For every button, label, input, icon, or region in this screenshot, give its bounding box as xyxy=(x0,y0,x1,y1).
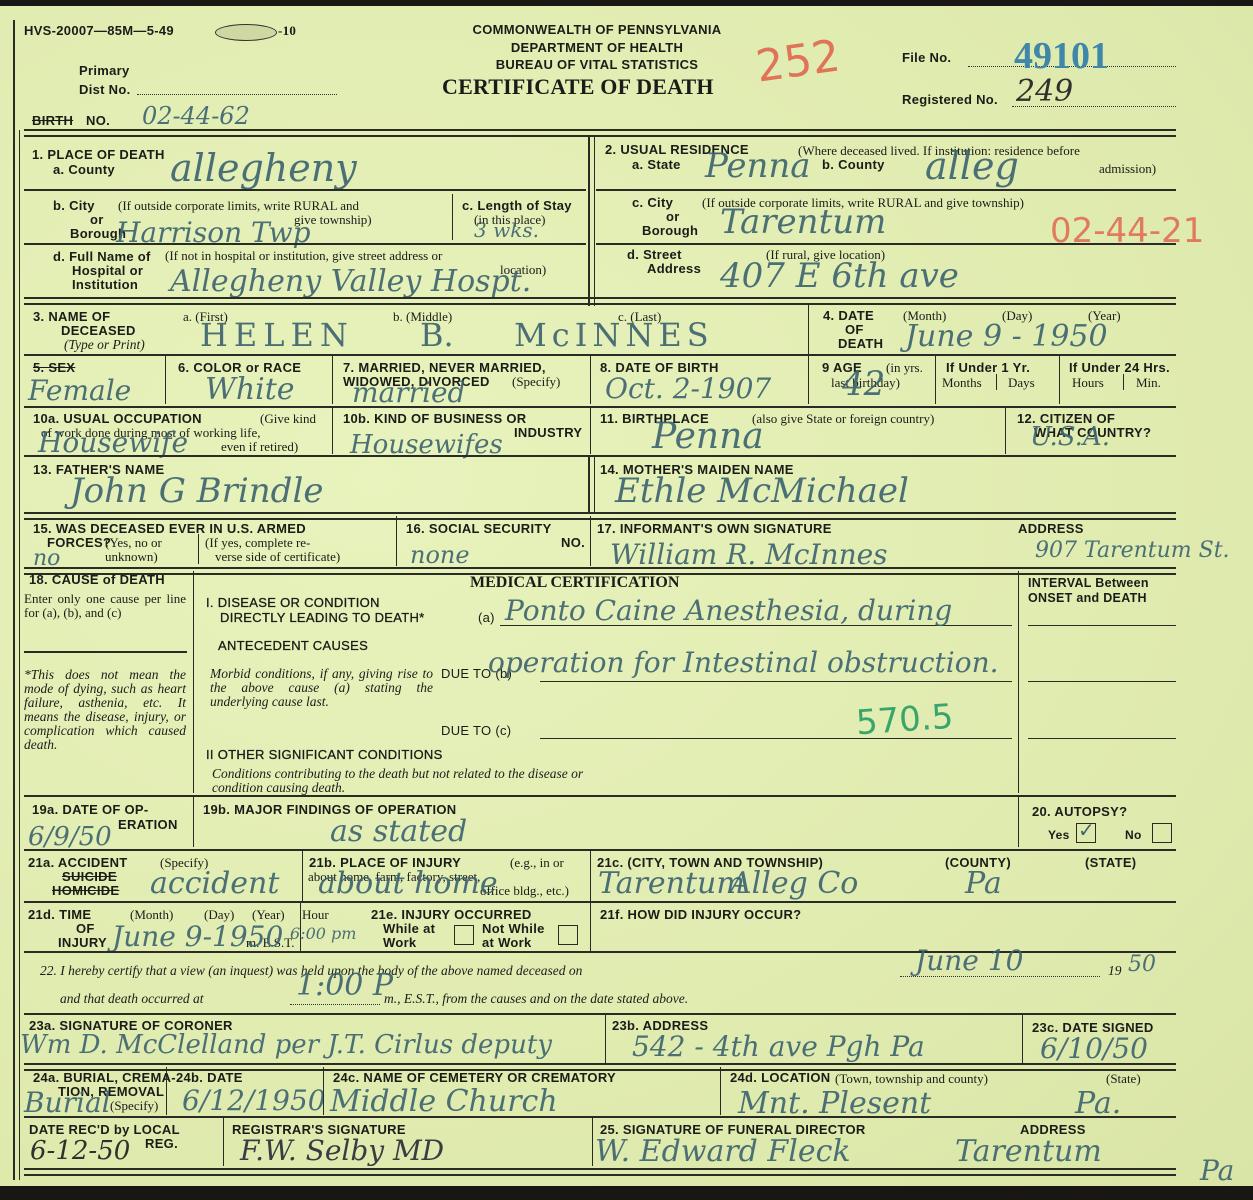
time-hour-label: Hour xyxy=(302,908,329,922)
medical-certification-title: MEDICAL CERTIFICATION xyxy=(470,574,679,592)
disease-label: I. DISEASE OR CONDITION xyxy=(206,596,380,610)
header-divider xyxy=(24,129,1176,137)
column-divider xyxy=(1022,1015,1023,1065)
column-divider xyxy=(223,1118,224,1166)
date-received-label: REG. xyxy=(145,1137,178,1151)
county-label: a. County xyxy=(53,163,115,177)
agency-line-2: DEPARTMENT OF HEALTH xyxy=(444,41,750,55)
death-time-field xyxy=(290,1004,380,1005)
race-value: White xyxy=(205,372,295,407)
column-divider xyxy=(590,356,591,404)
column-divider xyxy=(166,1067,167,1115)
column-divider xyxy=(592,1118,593,1166)
city-note: (If outside corporate limits, write RURA… xyxy=(118,199,359,213)
red-mark: 252 xyxy=(753,30,843,92)
armed-note: verse side of certificate) xyxy=(215,550,340,564)
business-label: 10b. KIND OF BUSINESS OR xyxy=(343,412,526,426)
min-label: Min. xyxy=(1136,376,1161,390)
line-c-label: DUE TO (c) xyxy=(441,724,511,738)
informant-label: 17. INFORMANT'S OWN SIGNATURE xyxy=(597,522,832,536)
rule xyxy=(24,455,1176,457)
column-divider xyxy=(996,374,997,390)
cemetery-value: Middle Church xyxy=(330,1084,558,1119)
injury-city-value: Tarentum xyxy=(598,866,745,901)
hospital-label: Hospital or xyxy=(72,264,143,278)
ssn-value: none xyxy=(410,541,470,569)
line-a-value: Ponto Caine Anesthesia, during xyxy=(505,594,952,627)
marital-specify: (Specify) xyxy=(512,375,560,389)
inquest-year-prefix: 19 xyxy=(1108,964,1122,978)
rule xyxy=(596,189,1176,191)
op-date-label: ERATION xyxy=(118,818,178,832)
autopsy-yes-checkbox[interactable]: ✓ xyxy=(1076,823,1096,843)
sex-label: 5. SEX xyxy=(33,361,75,375)
document-title: CERTIFICATE OF DEATH xyxy=(442,74,714,100)
city-label: b. City xyxy=(53,199,95,213)
disposition-specify: (Specify) xyxy=(110,1099,158,1113)
column-divider xyxy=(808,304,809,354)
death-time-value: 1:00 P xyxy=(296,968,393,1003)
occupation-note: even if retired) xyxy=(221,440,298,454)
column-divider xyxy=(193,571,194,793)
street-label: Address xyxy=(647,262,701,276)
location-state-label: (State) xyxy=(1106,1072,1141,1086)
location-label: 24d. LOCATION xyxy=(730,1071,830,1085)
column-divider xyxy=(1018,571,1019,793)
dod-label: DEATH xyxy=(838,337,883,351)
cause-code: 570.5 xyxy=(855,697,955,744)
time-of-injury-label: INJURY xyxy=(58,936,107,950)
burial-date-value: 6/12/1950 xyxy=(182,1084,326,1117)
informant-address-label: ADDRESS xyxy=(1018,522,1084,536)
sex-value: Female xyxy=(28,374,131,407)
birthplace-note: (also give State or foreign country) xyxy=(752,412,934,426)
antecedent-label: ANTECEDENT CAUSES xyxy=(218,639,368,653)
divider xyxy=(24,512,1176,520)
disease-label: DIRECTLY LEADING TO DEATH* xyxy=(220,611,425,625)
date-signed-value: 6/10/50 xyxy=(1040,1032,1148,1065)
residence-note: admission) xyxy=(1099,162,1156,176)
op-date-label: 19a. DATE OF OP- xyxy=(32,803,149,817)
hours-label: Hours xyxy=(1072,376,1104,390)
hospital-note: (If not in hospital or institution, give… xyxy=(165,249,442,263)
inquest-line-2-suffix: m., E.S.T., from the causes and on the d… xyxy=(384,992,688,1006)
cemetery-label: 24c. NAME OF CEMETERY OR CREMATORY xyxy=(333,1071,616,1085)
funeral-address-value: Tarentum xyxy=(955,1134,1102,1169)
birth-label-struck: BIRTH xyxy=(32,114,73,128)
column-divider xyxy=(198,534,199,564)
suicide-label: SUICIDE xyxy=(62,870,117,884)
column-divider xyxy=(1018,797,1019,847)
registered-no-label: Registered No. xyxy=(902,93,998,107)
margin-rule xyxy=(19,130,20,1180)
inquest-date-value: June 10 xyxy=(915,944,1023,977)
interval-a-field xyxy=(1028,625,1176,626)
morbid-note: Morbid conditions, if any, giving rise t… xyxy=(210,667,433,709)
armed-note: (If yes, complete re- xyxy=(205,536,310,550)
column-divider xyxy=(1123,374,1124,390)
injury-state-label: (STATE) xyxy=(1085,856,1136,870)
union-label-icon xyxy=(215,24,277,41)
column-divider xyxy=(808,356,809,404)
autopsy-no-label: No xyxy=(1125,828,1142,842)
interval-label: ONSET and DEATH xyxy=(1028,591,1147,605)
stay-value: 3 wks. xyxy=(474,218,539,242)
homicide-label: HOMICIDE xyxy=(52,884,119,898)
autopsy-no-checkbox[interactable] xyxy=(1152,823,1172,843)
place-of-injury-value: about home xyxy=(318,866,498,901)
date-received-label: DATE REC'D by LOCAL xyxy=(29,1123,180,1137)
hospital-value: Allegheny Valley Hospt. xyxy=(170,264,531,299)
place-of-death-heading: 1. PLACE OF DEATH xyxy=(32,148,165,162)
location-note: (Town, township and county) xyxy=(835,1072,988,1086)
middle-name-value: B. xyxy=(420,316,454,354)
rule xyxy=(24,243,586,245)
column-divider xyxy=(594,457,595,512)
checkmark-icon: ✓ xyxy=(1078,818,1095,842)
funeral-director-signature: W. Edward Fleck xyxy=(595,1134,851,1169)
residence-county-label: b. County xyxy=(822,158,885,172)
father-value: John G Brindle xyxy=(70,471,323,511)
disposition-value: Burial xyxy=(24,1086,111,1119)
interval-b-field xyxy=(1028,681,1176,682)
column-divider xyxy=(720,1067,721,1115)
age-label: (in yrs. xyxy=(886,361,923,375)
cause-instructions: Enter only one cause per line for (a), (… xyxy=(24,592,186,620)
registered-no-value: 249 xyxy=(1016,74,1073,109)
burial-date-label: 24b. DATE xyxy=(176,1071,243,1085)
column-divider xyxy=(323,1067,324,1115)
rule xyxy=(24,1116,1176,1118)
form-code: HVS-20007—85M—5-49 xyxy=(24,24,174,38)
stay-label: c. Length of Stay xyxy=(462,199,572,213)
rule xyxy=(24,795,1176,797)
rule xyxy=(24,849,1176,851)
last-name-value: McINNES xyxy=(514,316,714,354)
city-or: or xyxy=(90,213,104,227)
citizen-value: U.S.A. xyxy=(1030,422,1110,452)
birth-no-value: 02-44-62 xyxy=(142,102,250,130)
name-label: (Type or Print) xyxy=(64,338,145,352)
informant-address: 907 Tarentum St. xyxy=(1035,538,1230,563)
marital-label: 7. MARRIED, NEVER MARRIED, xyxy=(343,361,546,375)
rule xyxy=(596,243,1176,245)
street-label: d. Street xyxy=(627,248,682,262)
other-conditions-label: II OTHER SIGNIFICANT CONDITIONS xyxy=(206,748,443,762)
under-1-yr-label: If Under 1 Yr. xyxy=(946,361,1030,375)
column-divider xyxy=(935,356,936,404)
scan-border xyxy=(0,1186,1253,1200)
under-24-hrs-label: If Under 24 Hrs. xyxy=(1069,361,1170,375)
column-divider xyxy=(588,457,590,512)
occupation-label: 10a. USUAL OCCUPATION xyxy=(33,412,202,426)
column-divider xyxy=(605,1015,606,1065)
agency-line-3: BUREAU OF VITAL STATISTICS xyxy=(444,58,750,72)
residence-state-value: Penna xyxy=(705,146,811,186)
cause-heading: 18. CAUSE of DEATH xyxy=(29,573,165,587)
column-divider xyxy=(1005,408,1006,454)
column-divider xyxy=(302,851,303,901)
autopsy-yes-label: Yes xyxy=(1048,828,1070,842)
not-while-at-work-checkbox[interactable] xyxy=(558,925,578,945)
rule xyxy=(24,189,586,191)
cause-footnote: *This does not mean the mode of dying, s… xyxy=(24,668,186,752)
dod-label: 4. DATE xyxy=(823,309,874,323)
state-label: a. State xyxy=(632,158,681,172)
armed-note: unknown) xyxy=(105,550,158,564)
not-while-at-work-label: Not While at Work xyxy=(482,922,560,950)
line-a-label: (a) xyxy=(478,611,495,625)
date-received-value: 6-12-50 xyxy=(30,1136,130,1166)
column-divider xyxy=(590,851,591,901)
armed-note: (Yes, no or xyxy=(105,536,162,550)
hospital-label: Institution xyxy=(72,278,138,292)
inquest-line-2: and that death occurred at xyxy=(60,992,203,1006)
line-b-value: operation for Intestinal obstruction. xyxy=(488,646,999,679)
street-value: 407 E 6th ave xyxy=(720,256,959,296)
days-label: Days xyxy=(1008,376,1035,390)
residence-county-value: alleg xyxy=(925,144,1019,188)
column-divider xyxy=(452,194,453,240)
autopsy-label: 20. AUTOPSY? xyxy=(1032,805,1127,819)
column-divider xyxy=(332,408,333,454)
bottom-divider xyxy=(24,1168,1176,1176)
column-divider xyxy=(590,516,591,566)
column-divider xyxy=(594,136,595,306)
accident-value: accident xyxy=(150,866,279,901)
months-label: Months xyxy=(942,376,982,390)
birth-no-label: NO. xyxy=(86,114,110,128)
ssn-label: NO. xyxy=(561,536,585,550)
column-divider xyxy=(165,356,166,404)
column-divider xyxy=(300,903,301,951)
registrar-signature: F.W. Selby MD xyxy=(240,1134,444,1167)
time-of-injury-value: June 9-1950 xyxy=(112,920,283,953)
rule xyxy=(24,354,1176,356)
rule xyxy=(24,406,1176,408)
rule xyxy=(24,901,1176,903)
divider xyxy=(24,297,1176,305)
file-no-label: File No. xyxy=(902,51,951,65)
injury-occurred-label: 21e. INJURY OCCURRED xyxy=(371,908,532,922)
death-certificate: HVS-20007—85M—5-49 -10 Primary Dist No. … xyxy=(0,6,1253,1186)
column-divider xyxy=(590,903,591,951)
red-code: 02-44-21 xyxy=(1050,211,1204,251)
agency-line-1: COMMONWEALTH OF PENNSYLVANIA xyxy=(444,23,750,37)
time-of-injury-label: OF xyxy=(76,922,95,936)
marital-value: married xyxy=(352,376,465,409)
rule xyxy=(24,651,187,653)
column-divider xyxy=(396,516,397,566)
union-label-suffix: -10 xyxy=(278,24,296,38)
funeral-address-state: Pa xyxy=(1200,1154,1234,1187)
margin-rule xyxy=(13,20,15,1180)
op-date-value: 6/9/50 xyxy=(28,822,112,852)
place-of-injury-note: (e.g., in or xyxy=(510,856,564,870)
injury-county-value: Alleg Co xyxy=(730,866,858,901)
residence-city-value: Tarentum xyxy=(720,202,886,242)
column-divider xyxy=(193,797,194,847)
dist-no-label: Dist No. xyxy=(79,83,131,97)
column-divider xyxy=(1059,356,1060,404)
first-name-value: HELEN xyxy=(200,316,354,354)
age-value: 42 xyxy=(842,364,885,404)
res-city-borough: Borough xyxy=(642,224,698,238)
interval-c-field xyxy=(1028,738,1176,739)
rule xyxy=(24,1013,1176,1015)
column-divider xyxy=(590,408,591,454)
armed-forces-label: 15. WAS DECEASED EVER IN U.S. ARMED xyxy=(33,522,306,536)
birthplace-value: Penna xyxy=(652,416,764,457)
occupation-note: (Give kind xyxy=(260,412,316,426)
file-no-value: 49101 xyxy=(1014,34,1109,78)
column-divider xyxy=(588,136,590,306)
coroner-address-value: 542 - 4th ave Pgh Pa xyxy=(632,1030,925,1063)
death-county-value: allegheny xyxy=(170,146,357,190)
inquest-year-value: 50 xyxy=(1128,952,1156,977)
interval-label: INTERVAL Between xyxy=(1028,576,1149,590)
dob-value: Oct. 2-1907 xyxy=(605,372,771,405)
name-label: 3. NAME OF xyxy=(33,310,110,324)
res-city-or: or xyxy=(666,210,680,224)
injury-state-value: Pa xyxy=(965,866,1002,901)
column-divider xyxy=(332,356,333,404)
dod-value: June 9 - 1950 xyxy=(905,319,1108,354)
mother-value: Ethle McMichael xyxy=(615,471,909,511)
hospital-label: d. Full Name of xyxy=(53,250,151,264)
how-injury-label: 21f. HOW DID INJURY OCCUR? xyxy=(600,908,801,922)
primary-label: Primary xyxy=(79,64,130,78)
disposition-label: 24a. BURIAL, CREMA- xyxy=(33,1071,176,1085)
accident-label: 21a. ACCIDENT xyxy=(28,856,128,870)
findings-value: as stated xyxy=(330,814,467,849)
line-b-field xyxy=(540,681,1012,682)
res-city-label: c. City xyxy=(632,196,673,210)
while-at-work-label: While at Work xyxy=(383,922,443,950)
dod-label: OF xyxy=(845,323,864,337)
dist-no-field xyxy=(137,94,337,95)
ssn-label: 16. SOCIAL SECURITY xyxy=(406,522,552,536)
name-label: DECEASED xyxy=(61,324,136,338)
coroner-signature: Wm D. McClelland per J.T. Cirlus deputy xyxy=(20,1030,552,1060)
line-c-field xyxy=(540,738,1012,739)
time-of-injury-label: 21d. TIME xyxy=(28,908,91,922)
while-at-work-checkbox[interactable] xyxy=(454,925,474,945)
other-conditions-note: Conditions contributing to the death but… xyxy=(212,767,592,795)
business-label: INDUSTRY xyxy=(514,426,582,440)
